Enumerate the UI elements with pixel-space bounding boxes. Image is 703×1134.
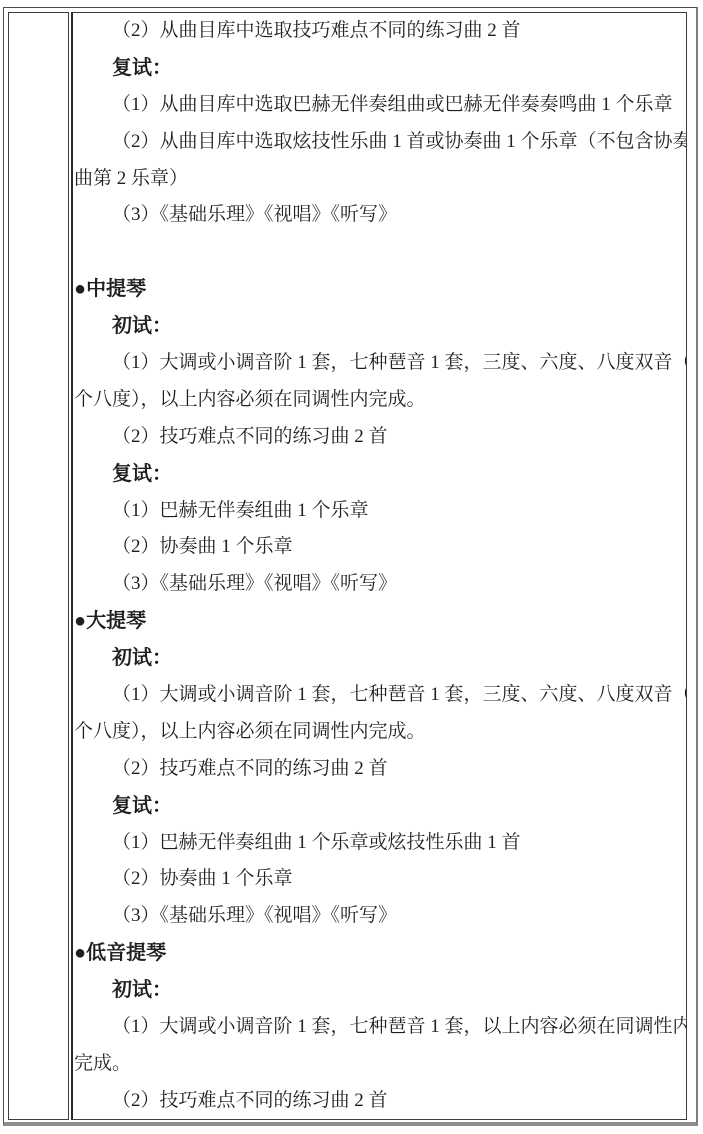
- table-left-cell: [8, 12, 69, 1120]
- doc-line: （1）巴赫无伴奏组曲 1 个乐章: [74, 493, 686, 530]
- doc-line: （1）大调或小调音阶 1 套，七种琶音 1 套，三度、六度、八度双音（两: [74, 677, 686, 714]
- doc-line: 复试：: [74, 50, 686, 87]
- doc-line: 复试：: [74, 788, 686, 825]
- doc-line: ●低音提琴: [74, 935, 686, 972]
- doc-line: （2）技巧难点不同的练习曲 2 首: [74, 419, 686, 456]
- document-page: （2）从曲目库中选取技巧难点不同的练习曲 2 首复试：（1）从曲目库中选取巴赫无…: [0, 0, 703, 1134]
- doc-line: （3）《基础乐理》《视唱》《听写》: [74, 566, 686, 603]
- doc-line: （1）大调或小调音阶 1 套，七种琶音 1 套，以上内容必须在同调性内: [74, 1009, 686, 1046]
- doc-line: （3）《基础乐理》《视唱》《听写》: [74, 898, 686, 935]
- exam-requirements-table: （2）从曲目库中选取技巧难点不同的练习曲 2 首复试：（1）从曲目库中选取巴赫无…: [3, 7, 698, 1126]
- doc-line: ●中提琴: [74, 271, 686, 308]
- doc-line: 初试：: [74, 640, 686, 677]
- doc-line: 初试：: [74, 308, 686, 345]
- doc-line: （2）技巧难点不同的练习曲 2 首: [74, 1083, 686, 1120]
- doc-line: （2）协奏曲 1 个乐章: [74, 861, 686, 898]
- doc-line: （1）大调或小调音阶 1 套，七种琶音 1 套，三度、六度、八度双音（两: [74, 345, 686, 382]
- doc-line: 初试：: [74, 972, 686, 1009]
- doc-line: [74, 234, 686, 271]
- doc-line: 曲第 2 乐章）: [74, 161, 686, 198]
- doc-line: 个八度），以上内容必须在同调性内完成。: [74, 382, 686, 419]
- doc-line: （2）从曲目库中选取炫技性乐曲 1 首或协奏曲 1 个乐章（不包含协奏: [74, 124, 686, 161]
- doc-line: ●大提琴: [74, 603, 686, 640]
- doc-line: 复试：: [74, 456, 686, 493]
- doc-line: （2）从曲目库中选取技巧难点不同的练习曲 2 首: [74, 13, 686, 50]
- doc-line: 完成。: [74, 1046, 686, 1083]
- table-content-cell: （2）从曲目库中选取技巧难点不同的练习曲 2 首复试：（1）从曲目库中选取巴赫无…: [71, 12, 687, 1120]
- doc-line: （2）技巧难点不同的练习曲 2 首: [74, 751, 686, 788]
- doc-line: （3）《基础乐理》《视唱》《听写》: [74, 197, 686, 234]
- doc-line: 个八度），以上内容必须在同调性内完成。: [74, 714, 686, 751]
- doc-line: （1）巴赫无伴奏组曲 1 个乐章或炫技性乐曲 1 首: [74, 825, 686, 862]
- doc-line: （2）协奏曲 1 个乐章: [74, 529, 686, 566]
- doc-line: （1）从曲目库中选取巴赫无伴奏组曲或巴赫无伴奏奏鸣曲 1 个乐章: [74, 87, 686, 124]
